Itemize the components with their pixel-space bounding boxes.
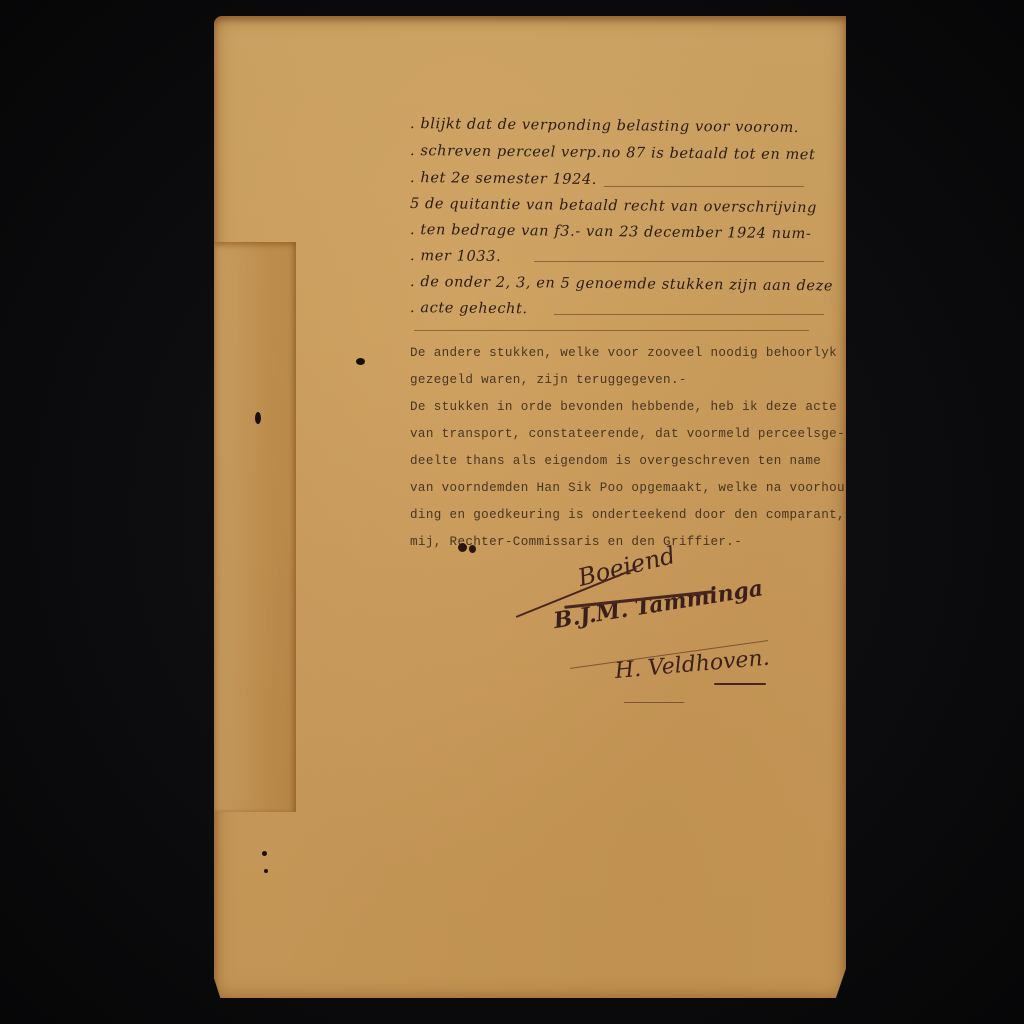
- ink-blot: [458, 543, 467, 552]
- handwritten-line: . het 2e semester 1924.: [410, 170, 597, 188]
- paper-hole: [264, 869, 268, 873]
- typed-line: gezegeld waren, zijn teruggegeven.-: [410, 373, 687, 387]
- handwritten-line: . mer 1033.: [410, 248, 501, 265]
- ink-blot: [469, 545, 476, 553]
- handwritten-line: 5 de quitantie van betaald recht van ove…: [410, 196, 817, 216]
- handwritten-line: . ten bedrage van f3.- van 23 december 1…: [410, 222, 812, 242]
- typed-line: De stukken in orde bevonden hebbende, he…: [410, 400, 837, 414]
- fill-rule: [414, 330, 809, 331]
- document-page: . blijkt dat de verponding belasting voo…: [214, 16, 846, 998]
- typed-line: van transport, constateerende, dat voorm…: [410, 427, 845, 441]
- signature-underline: [624, 702, 684, 703]
- fill-rule: [534, 261, 824, 262]
- typed-line: De andere stukken, welke voor zooveel no…: [410, 346, 837, 360]
- signature-griffier: H. Veldhoven.: [614, 646, 771, 684]
- fill-rule: [604, 186, 804, 187]
- fill-rule: [554, 314, 824, 315]
- typed-line: ding en goedkeuring is onderteekend door…: [410, 508, 845, 522]
- handwritten-line: . acte gehecht.: [410, 300, 528, 317]
- typed-line: deelte thans als eigendom is overgeschre…: [410, 454, 821, 468]
- paper-hole: [356, 358, 365, 365]
- typed-line: van voorndemden Han Sik Poo opgemaakt, w…: [410, 481, 853, 495]
- signature-underline: [714, 683, 766, 685]
- handwritten-line: . de onder 2, 3, en 5 genoemde stukken z…: [410, 274, 833, 294]
- handwritten-line: . blijkt dat de verponding belasting voo…: [410, 116, 799, 136]
- tape-stain-strip: [214, 242, 296, 812]
- paper-hole: [255, 412, 261, 424]
- paper-hole: [262, 851, 267, 856]
- handwritten-line: . schreven perceel verp.no 87 is betaald…: [410, 143, 816, 163]
